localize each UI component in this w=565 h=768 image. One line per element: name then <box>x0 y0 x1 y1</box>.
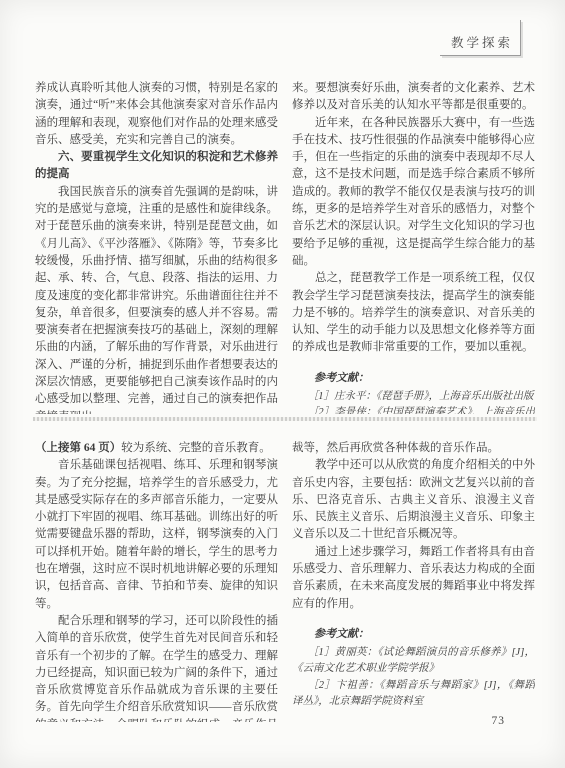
section-heading: 六、要重视学生文化知识的积淀和艺术修养的提高 <box>35 149 278 184</box>
references-title: 参考文献： <box>292 370 535 386</box>
section-badge: 教学探索 <box>440 20 521 56</box>
paragraph: 养成认真聆听其他人演奏的习惯，特别是名家的演奏，通过“听”来体会其他演奏家对音乐… <box>35 80 278 149</box>
article-divider <box>33 417 537 421</box>
reference-item: ［1］黄丽英：《试论舞蹈演员的音乐修养》[J]，《云南文化艺术职业学院学报》 <box>292 645 535 678</box>
article-1-column-left: 养成认真聆听其他人演奏的习惯，特别是名家的演奏，通过“听”来体会其他演奏家对音乐… <box>35 80 278 414</box>
paragraph: 我国民族音乐的演奏首先强调的是韵味，讲究的是感觉与意境，注重的是感性和旋律线条。… <box>35 184 278 414</box>
article-1-columns: 养成认真聆听其他人演奏的习惯，特别是名家的演奏，通过“听”来体会其他演奏家对音乐… <box>35 80 535 414</box>
reference-item: ［1］庄永平：《琵琶手册》，上海音乐出版社出版 <box>292 389 535 406</box>
section-badge-label: 教学探索 <box>451 36 513 50</box>
paragraph: 配合乐理和钢琴的学习，还可以阶段性的插入简单的音乐欣赏，使学生首先对民间音乐和轻… <box>35 613 278 722</box>
paragraph: 来。要想演奏好乐曲，演奏者的文化素养、艺术修养以及对音乐美的认知水平等都是很重要… <box>292 80 535 115</box>
references-title: 参考文献： <box>292 626 535 642</box>
continuation-paragraph: （上接第 64 页）较为系统、完整的音乐教育。 <box>35 440 278 457</box>
reference-item: ［2］李景侠：《中国琵琶演奏艺术》，上海音乐出版社 <box>292 405 535 414</box>
continuation-text: 较为系统、完整的音乐教育。 <box>121 442 271 454</box>
page-number: 73 <box>492 715 506 727</box>
paragraph: 总之，琵琶教学工作是一项系统工程，仅仅教会学生学习琵琶演奏技法，提高学生的演奏能… <box>292 270 535 356</box>
paragraph: 裁等，然后再欣赏各种体裁的音乐作品。 <box>292 440 535 457</box>
references: 参考文献： ［1］庄永平：《琵琶手册》，上海音乐出版社出版 ［2］李景侠：《中国… <box>292 370 535 414</box>
paragraph: 音乐基础课包括视唱、练耳、乐理和钢琴演奏。为了充分挖掘，培养学生的音乐感受力，尤… <box>35 457 278 613</box>
paragraph: 通过上述步骤学习，舞蹈工作者将具有由音乐感受力、音乐理解力、音乐表达力构成的全面… <box>292 544 535 613</box>
article-2-column-right: 裁等，然后再欣赏各种体裁的音乐作品。 教学中还可以从欣赏的角度介绍相关的中外音乐… <box>292 440 535 722</box>
document-page: 教学探索 养成认真聆听其他人演奏的习惯，特别是名家的演奏，通过“听”来体会其他演… <box>0 0 565 768</box>
article-music-education: （上接第 64 页）较为系统、完整的音乐教育。 音乐基础课包括视唱、练耳、乐理和… <box>35 440 535 722</box>
continuation-note: （上接第 64 页） <box>35 442 121 454</box>
article-2-columns: （上接第 64 页）较为系统、完整的音乐教育。 音乐基础课包括视唱、练耳、乐理和… <box>35 440 535 722</box>
paragraph: 近年来，在各种民族器乐大赛中，有一些选手在技术、技巧性很强的作品演奏中能够得心应… <box>292 115 535 271</box>
article-1-column-right: 来。要想演奏好乐曲，演奏者的文化素养、艺术修养以及对音乐美的认知水平等都是很重要… <box>292 80 535 414</box>
article-pipa-teaching: 养成认真聆听其他人演奏的习惯，特别是名家的演奏，通过“听”来体会其他演奏家对音乐… <box>35 80 535 414</box>
article-2-column-left: （上接第 64 页）较为系统、完整的音乐教育。 音乐基础课包括视唱、练耳、乐理和… <box>35 440 278 722</box>
references: 参考文献： ［1］黄丽英：《试论舞蹈演员的音乐修养》[J]，《云南文化艺术职业学… <box>292 626 535 711</box>
paragraph: 教学中还可以从欣赏的角度介绍相关的中外音乐史内容，主要包括：欧洲文艺复兴以前的音… <box>292 457 535 543</box>
reference-item: ［2］卞祖善：《舞蹈音乐与舞蹈家》[J]，《舞蹈译丛》，北京舞蹈学院资料室 <box>292 678 535 711</box>
